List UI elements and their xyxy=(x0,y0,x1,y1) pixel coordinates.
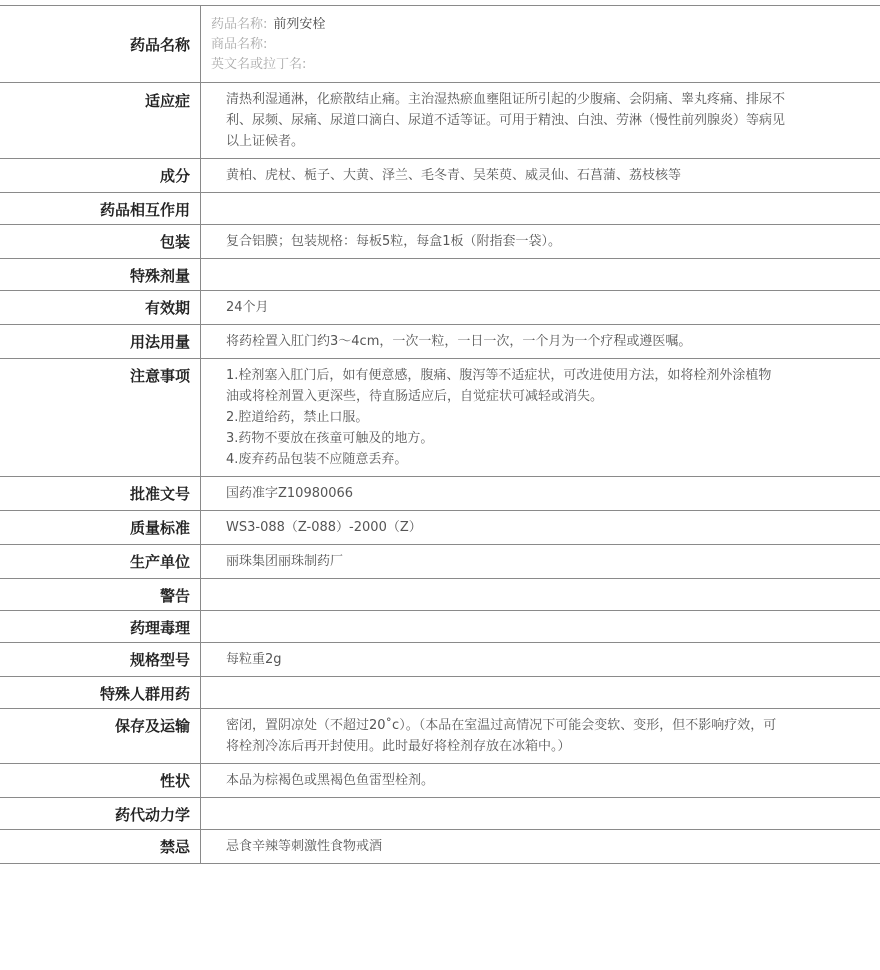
row-appearance: 性状 本品为棕褐色或黑褐色鱼雷型栓剂。 xyxy=(0,764,880,798)
label-drug-name: 药品名称 xyxy=(0,6,201,83)
row-approval-number: 批准文号 国药准字Z10980066 xyxy=(0,477,880,511)
row-precautions: 注意事项 1.栓剂塞入肛门后，如有便意感，腹痛、腹泻等不适症状，可改进使用方法，… xyxy=(0,359,880,477)
generic-name-line: 药品名称:前列安栓 xyxy=(211,15,870,35)
row-packaging: 包装 复合铝膜；包装规格：每板5粒，每盒1板（附指套一袋）。 xyxy=(0,225,880,259)
row-special-dosage: 特殊剂量 xyxy=(0,259,880,291)
generic-name-value: 前列安栓 xyxy=(273,17,325,32)
row-indications: 适应症 清热利湿通淋，化瘀散结止痛。主治湿热瘀血壅阻证所引起的少腹痛、会阴痛、睾… xyxy=(0,83,880,159)
row-contraindications: 禁忌 忌食辛辣等刺激性食物戒酒 xyxy=(0,830,880,864)
drug-spec-table: 药品名称 药品名称:前列安栓 商品名称: 英文名或拉丁名: 适应症 清热利湿通淋… xyxy=(0,5,880,864)
trade-name-line: 商品名称: xyxy=(211,35,870,55)
row-pharmacology: 药理毒理 xyxy=(0,611,880,643)
row-special-populations: 特殊人群用药 xyxy=(0,677,880,709)
row-warning: 警告 xyxy=(0,579,880,611)
row-shelf-life: 有效期 24个月 xyxy=(0,291,880,325)
value-drug-name: 药品名称:前列安栓 商品名称: 英文名或拉丁名: xyxy=(201,6,880,83)
row-drug-name: 药品名称 药品名称:前列安栓 商品名称: 英文名或拉丁名: xyxy=(0,6,880,83)
row-storage: 保存及运输 密闭，置阴凉处（不超过20˚c）。（本品在室温过高情况下可能会变软、… xyxy=(0,709,880,764)
english-name-line: 英文名或拉丁名: xyxy=(211,55,870,75)
row-manufacturer: 生产单位 丽珠集团丽珠制药厂 xyxy=(0,545,880,579)
row-specification: 规格型号 每粒重2g xyxy=(0,643,880,677)
row-interactions: 药品相互作用 xyxy=(0,193,880,225)
row-quality-standard: 质量标准 WS3-088（Z-088）-2000（Z） xyxy=(0,511,880,545)
row-dosage: 用法用量 将药栓置入肛门约3～4cm，一次一粒，一日一次，一个月为一个疗程或遵医… xyxy=(0,325,880,359)
row-ingredients: 成分 黄柏、虎杖、栀子、大黄、泽兰、毛冬青、吴茱萸、威灵仙、石菖蒲、荔枝核等 xyxy=(0,159,880,193)
row-pharmacokinetics: 药代动力学 xyxy=(0,798,880,830)
